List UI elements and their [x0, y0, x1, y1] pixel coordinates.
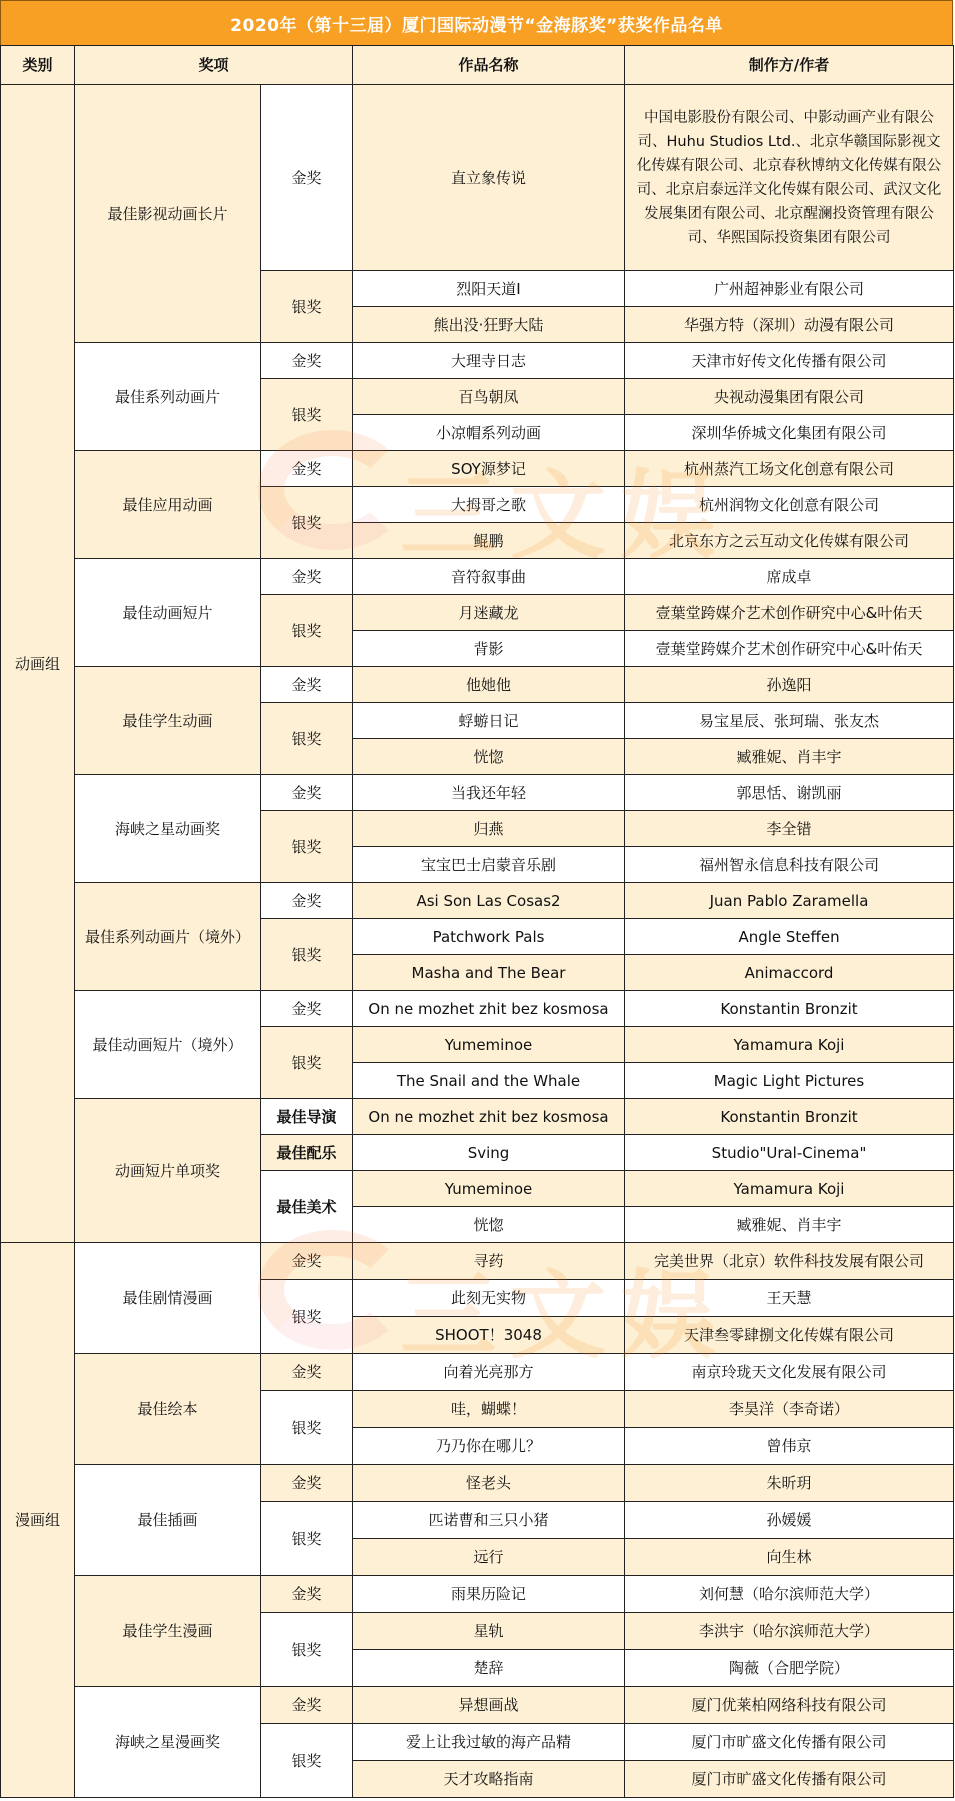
work-name-cell: Sving [353, 1135, 625, 1171]
producer-cell: 厦门市旷盛文化传播有限公司 [625, 1761, 954, 1798]
producer-cell: 南京玲珑天文化发展有限公司 [625, 1354, 954, 1391]
table-row: 动画短片单项奖最佳导演On ne mozhet zhit bez kosmosa… [1, 1099, 954, 1135]
producer-cell: 杭州润物文化创意有限公司 [625, 487, 954, 523]
table-row: 漫画组最佳剧情漫画金奖寻药完美世界（北京）软件科技发展有限公司 [1, 1243, 954, 1280]
work-name-cell: 他她他 [353, 667, 625, 703]
table-row: 最佳动画短片金奖音符叙事曲席成卓 [1, 559, 954, 595]
award-level-cell: 金奖 [261, 559, 353, 595]
producer-cell: 壹葉堂跨媒介艺术创作研究中心&叶佑天 [625, 595, 954, 631]
award-level-cell: 金奖 [261, 1465, 353, 1502]
work-name-cell: 音符叙事曲 [353, 559, 625, 595]
work-name-cell: SOY源梦记 [353, 451, 625, 487]
producer-cell: 易宝星辰、张珂瑞、张友杰 [625, 703, 954, 739]
award-item-cell: 最佳系列动画片 [75, 343, 261, 451]
award-level-cell: 金奖 [261, 991, 353, 1027]
award-level-cell: 金奖 [261, 1354, 353, 1391]
work-name-cell: 星轨 [353, 1613, 625, 1650]
work-name-cell: 鲲鹏 [353, 523, 625, 559]
producer-cell: Magic Light Pictures [625, 1063, 954, 1099]
producer-cell: Yamamura Koji [625, 1171, 954, 1207]
work-name-cell: Yumeminoe [353, 1027, 625, 1063]
award-level-cell: 金奖 [261, 883, 353, 919]
table-row: 最佳系列动画片（境外）金奖Asi Son Las Cosas2Juan Pabl… [1, 883, 954, 919]
work-name-cell: 当我还年轻 [353, 775, 625, 811]
work-name-cell: 匹诺曹和三只小猪 [353, 1502, 625, 1539]
work-name-cell: 月迷藏龙 [353, 595, 625, 631]
producer-cell: 王天慧 [625, 1280, 954, 1317]
award-level-cell: 银奖 [261, 1724, 353, 1798]
producer-cell: 席成卓 [625, 559, 954, 595]
work-name-cell: 恍惚 [353, 1207, 625, 1243]
producer-cell: 杭州蒸汽工场文化创意有限公司 [625, 451, 954, 487]
producer-cell: 陶薇（合肥学院） [625, 1650, 954, 1687]
work-name-cell: 蜉蝣日记 [353, 703, 625, 739]
work-name-cell: 熊出没·狂野大陆 [353, 307, 625, 343]
producer-cell: 郭思恬、谢凯丽 [625, 775, 954, 811]
award-level-cell: 银奖 [261, 595, 353, 667]
award-level-cell: 金奖 [261, 1576, 353, 1613]
award-item-cell: 最佳应用动画 [75, 451, 261, 559]
work-name-cell: 恍惚 [353, 739, 625, 775]
table-row: 最佳插画金奖怪老头朱昕玥 [1, 1465, 954, 1502]
award-item-cell: 动画短片单项奖 [75, 1099, 261, 1243]
table-row: 海峡之星动画奖金奖当我还年轻郭思恬、谢凯丽 [1, 775, 954, 811]
award-level-cell: 银奖 [261, 379, 353, 451]
award-level-cell: 金奖 [261, 1687, 353, 1724]
producer-cell: 天津市好传文化传播有限公司 [625, 343, 954, 379]
producer-cell: 完美世界（北京）软件科技发展有限公司 [625, 1243, 954, 1280]
table-row: 最佳学生动画金奖他她他孙逸阳 [1, 667, 954, 703]
producer-cell: 福州智永信息科技有限公司 [625, 847, 954, 883]
work-name-cell: 楚辞 [353, 1650, 625, 1687]
table-row: 最佳动画短片（境外）金奖On ne mozhet zhit bez kosmos… [1, 991, 954, 1027]
producer-cell: 朱昕玥 [625, 1465, 954, 1502]
award-level-cell: 银奖 [261, 1613, 353, 1687]
work-name-cell: Patchwork Pals [353, 919, 625, 955]
header-producer: 制作方/作者 [625, 46, 954, 85]
producer-cell: 孙逸阳 [625, 667, 954, 703]
work-name-cell: 直立象传说 [353, 85, 625, 271]
award-item-cell: 最佳绘本 [75, 1354, 261, 1465]
work-name-cell: 远行 [353, 1539, 625, 1576]
producer-cell: 李昊洋（李奇诺） [625, 1391, 954, 1428]
work-name-cell: 归燕 [353, 811, 625, 847]
table-body: 动画组最佳影视动画长片金奖直立象传说中国电影股份有限公司、中影动画产业有限公司、… [1, 85, 954, 1798]
producer-cell: 深圳华侨城文化集团有限公司 [625, 415, 954, 451]
award-level-cell: 银奖 [261, 271, 353, 343]
work-name-cell: Yumeminoe [353, 1171, 625, 1207]
award-level-cell: 金奖 [261, 85, 353, 271]
work-name-cell: 烈阳天道I [353, 271, 625, 307]
producer-cell: 厦门优莱柏网络科技有限公司 [625, 1687, 954, 1724]
work-name-cell: 爱上让我过敏的海产品精 [353, 1724, 625, 1761]
producer-cell: 央视动漫集团有限公司 [625, 379, 954, 415]
producer-cell: Konstantin Bronzit [625, 1099, 954, 1135]
award-level-cell: 金奖 [261, 1243, 353, 1280]
work-name-cell: 哇，蝴蝶！ [353, 1391, 625, 1428]
work-name-cell: On ne mozhet zhit bez kosmosa [353, 991, 625, 1027]
category-cell: 漫画组 [1, 1243, 75, 1798]
page-title: 2020年（第十三届）厦门国际动漫节“金海豚奖”获奖作品名单 [0, 0, 953, 45]
award-item-cell: 最佳影视动画长片 [75, 85, 261, 343]
producer-cell: 臧雅妮、肖丰宇 [625, 1207, 954, 1243]
award-item-cell: 最佳学生动画 [75, 667, 261, 775]
work-name-cell: On ne mozhet zhit bez kosmosa [353, 1099, 625, 1135]
award-level-cell: 银奖 [261, 1391, 353, 1465]
award-level-cell: 银奖 [261, 1502, 353, 1576]
award-item-cell: 最佳动画短片（境外） [75, 991, 261, 1099]
producer-cell: 广州超神影业有限公司 [625, 271, 954, 307]
producer-cell: 臧雅妮、肖丰宇 [625, 739, 954, 775]
producer-cell: 刘何慧（哈尔滨师范大学） [625, 1576, 954, 1613]
header-award-item: 奖项 [75, 46, 353, 85]
table-row: 最佳应用动画金奖SOY源梦记杭州蒸汽工场文化创意有限公司 [1, 451, 954, 487]
producer-cell: 北京东方之云互动文化传媒有限公司 [625, 523, 954, 559]
table-row: 最佳系列动画片金奖大理寺日志天津市好传文化传播有限公司 [1, 343, 954, 379]
producer-cell: 向生林 [625, 1539, 954, 1576]
work-name-cell: 大拇哥之歌 [353, 487, 625, 523]
producer-cell: 厦门市旷盛文化传播有限公司 [625, 1724, 954, 1761]
work-name-cell: Asi Son Las Cosas2 [353, 883, 625, 919]
award-level-cell: 最佳导演 [261, 1099, 353, 1135]
producer-cell: Angle Steffen [625, 919, 954, 955]
award-level-cell: 最佳配乐 [261, 1135, 353, 1171]
work-name-cell: 大理寺日志 [353, 343, 625, 379]
award-level-cell: 银奖 [261, 703, 353, 775]
award-level-cell: 银奖 [261, 1027, 353, 1099]
award-level-cell: 金奖 [261, 775, 353, 811]
work-name-cell: 雨果历险记 [353, 1576, 625, 1613]
producer-cell: 壹葉堂跨媒介艺术创作研究中心&叶佑天 [625, 631, 954, 667]
work-name-cell: 背影 [353, 631, 625, 667]
producer-cell: Konstantin Bronzit [625, 991, 954, 1027]
work-name-cell: The Snail and the Whale [353, 1063, 625, 1099]
work-name-cell: SHOOT！3048 [353, 1317, 625, 1354]
award-item-cell: 海峡之星动画奖 [75, 775, 261, 883]
producer-cell: Juan Pablo Zaramella [625, 883, 954, 919]
producer-cell: 华强方特（深圳）动漫有限公司 [625, 307, 954, 343]
table-row: 海峡之星漫画奖金奖异想画战厦门优莱柏网络科技有限公司 [1, 1687, 954, 1724]
work-name-cell: 怪老头 [353, 1465, 625, 1502]
award-level-cell: 银奖 [261, 1280, 353, 1354]
work-name-cell: 此刻无实物 [353, 1280, 625, 1317]
work-name-cell: 寻药 [353, 1243, 625, 1280]
award-item-cell: 最佳系列动画片（境外） [75, 883, 261, 991]
work-name-cell: 小凉帽系列动画 [353, 415, 625, 451]
award-item-cell: 最佳插画 [75, 1465, 261, 1576]
producer-cell: 天津叁零肆捌文化传媒有限公司 [625, 1317, 954, 1354]
award-level-cell: 银奖 [261, 811, 353, 883]
work-name-cell: 天才攻略指南 [353, 1761, 625, 1798]
award-level-cell: 金奖 [261, 451, 353, 487]
category-cell: 动画组 [1, 85, 75, 1243]
work-name-cell: 向着光亮那方 [353, 1354, 625, 1391]
work-name-cell: 宝宝巴士启蒙音乐剧 [353, 847, 625, 883]
award-item-cell: 最佳剧情漫画 [75, 1243, 261, 1354]
producer-cell: Studio"Ural-Cinema" [625, 1135, 954, 1171]
work-name-cell: 异想画战 [353, 1687, 625, 1724]
producer-cell: 李洪宇（哈尔滨师范大学） [625, 1613, 954, 1650]
producer-cell: Yamamura Koji [625, 1027, 954, 1063]
producer-cell: 孙媛媛 [625, 1502, 954, 1539]
award-level-cell: 银奖 [261, 919, 353, 991]
table-row: 动画组最佳影视动画长片金奖直立象传说中国电影股份有限公司、中影动画产业有限公司、… [1, 85, 954, 271]
table-row: 最佳绘本金奖向着光亮那方南京玲珑天文化发展有限公司 [1, 1354, 954, 1391]
awards-table: 类别 奖项 作品名称 制作方/作者 动画组最佳影视动画长片金奖直立象传说中国电影… [0, 45, 954, 1798]
producer-cell: 曾伟京 [625, 1428, 954, 1465]
producer-cell: Animaccord [625, 955, 954, 991]
header-work-name: 作品名称 [353, 46, 625, 85]
work-name-cell: 百鸟朝凤 [353, 379, 625, 415]
award-level-cell: 银奖 [261, 487, 353, 559]
award-level-cell: 金奖 [261, 343, 353, 379]
award-item-cell: 海峡之星漫画奖 [75, 1687, 261, 1798]
award-level-cell: 最佳美术 [261, 1171, 353, 1243]
award-item-cell: 最佳动画短片 [75, 559, 261, 667]
producer-cell: 李全错 [625, 811, 954, 847]
award-level-cell: 金奖 [261, 667, 353, 703]
table-header-row: 类别 奖项 作品名称 制作方/作者 [1, 46, 954, 85]
header-category: 类别 [1, 46, 75, 85]
work-name-cell: Masha and The Bear [353, 955, 625, 991]
award-item-cell: 最佳学生漫画 [75, 1576, 261, 1687]
work-name-cell: 乃乃你在哪儿？ [353, 1428, 625, 1465]
producer-cell: 中国电影股份有限公司、中影动画产业有限公司、Huhu Studios Ltd.、… [625, 85, 954, 271]
table-row: 最佳学生漫画金奖雨果历险记刘何慧（哈尔滨师范大学） [1, 1576, 954, 1613]
